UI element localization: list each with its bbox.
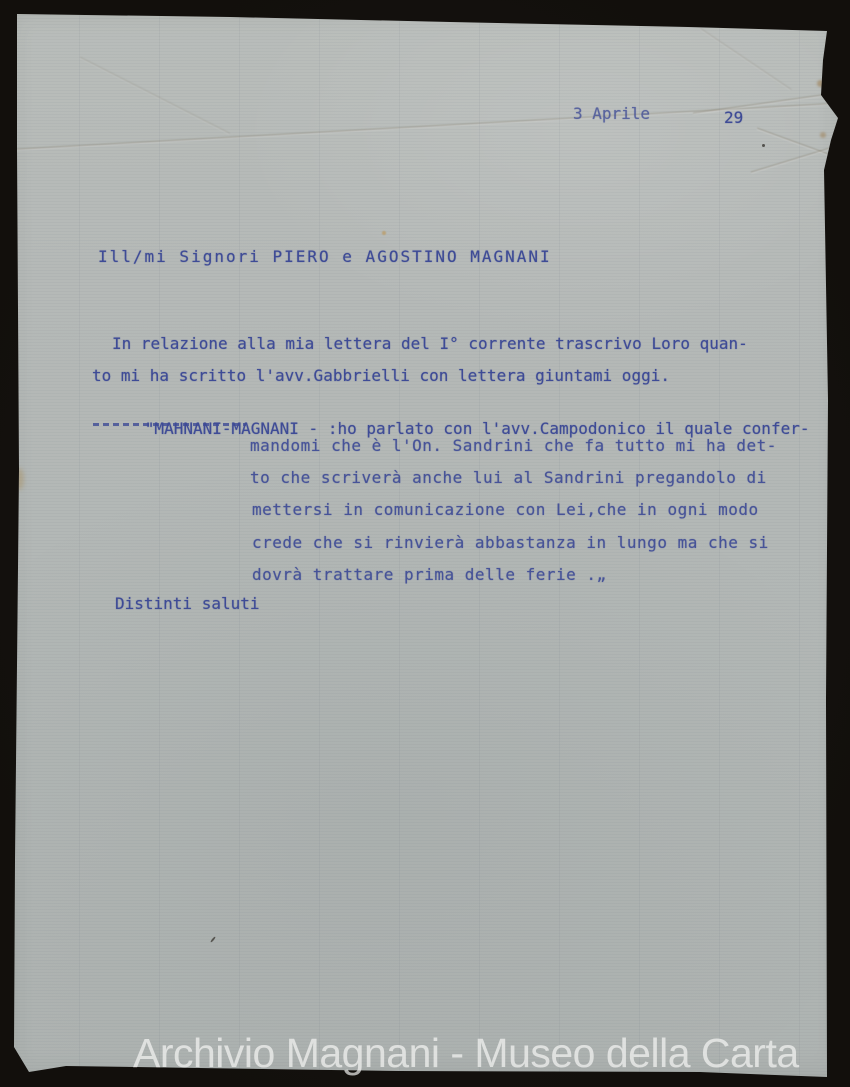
top-left-crease xyxy=(79,56,230,135)
speck-near-crease xyxy=(762,144,765,147)
quote-line-2: mandomi che è l'On. Sandrini che fa tutt… xyxy=(250,436,777,456)
top-right-crumple-line-2 xyxy=(756,127,840,160)
top-right-crumple-line-4 xyxy=(699,27,792,91)
speck-bottom-left xyxy=(210,936,216,943)
quote-line-6: dovrà trattare prima delle ferie .„ xyxy=(252,565,607,585)
addressee-line: Ill/mi Signori PIERO e AGOSTINO MAGNANI xyxy=(98,247,552,267)
letter-page: 3 Aprile 29 Ill/mi Signori PIERO e AGOST… xyxy=(0,0,850,1087)
stain-addressee-row xyxy=(382,231,386,235)
stain-top-right-1 xyxy=(817,80,824,87)
body-line-2: to mi ha scritto l'avv.Gabbrielli con le… xyxy=(92,366,670,386)
stain-top-right-2 xyxy=(820,132,826,138)
date-day-month: 3 Aprile xyxy=(573,104,650,124)
closing-line: Distinti saluti xyxy=(115,594,260,614)
quote-line-5: crede che si rinvierà abbastanza in lung… xyxy=(252,533,769,553)
archive-watermark: Archivio Magnani - Museo della Carta xyxy=(133,1030,799,1077)
quote-line-4: mettersi in comunicazione con Lei,che in… xyxy=(252,500,759,520)
body-line-1: In relazione alla mia lettera del I° cor… xyxy=(112,334,748,354)
top-right-crumple-line-3 xyxy=(751,145,836,174)
quote-label-underline xyxy=(93,423,246,426)
stain-left-edge xyxy=(14,468,24,490)
date-year: 29 xyxy=(724,108,743,128)
quote-line-3: to che scriverà anche lui al Sandrini pr… xyxy=(250,468,767,488)
scanner-background: 3 Aprile 29 Ill/mi Signori PIERO e AGOST… xyxy=(0,0,850,1087)
